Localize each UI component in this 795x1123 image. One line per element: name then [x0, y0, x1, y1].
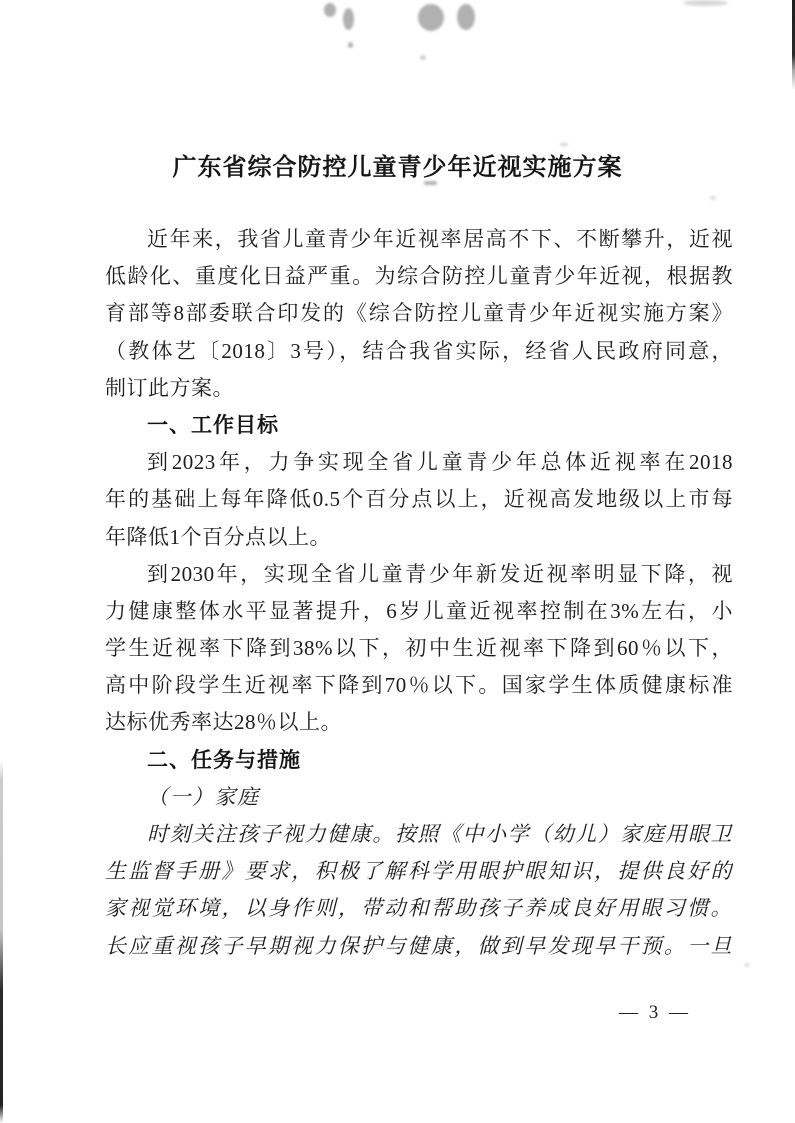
text-line: 生监督手册》要求，积极了解科学用眼护眼知识，提供良好的居 — [105, 853, 733, 890]
section-heading-line: 一、工作目标 — [105, 407, 733, 444]
page-number: — 3 — — [619, 1002, 691, 1024]
text-line: 家视觉环境，以身作则，带动和帮助孩子养成良好用眼习惯。家 — [105, 890, 733, 927]
text-line: 学生近视率下降到38%以下，初中生近视率下降到60％以下， — [105, 630, 733, 667]
scan-artifact — [560, 143, 568, 146]
scan-artifact — [744, 963, 750, 967]
scan-artifact — [710, 196, 716, 200]
text-line: 制订此方案。 — [105, 370, 733, 407]
page-edge-shadow-left — [0, 760, 3, 1123]
text-line: 达标优秀率达28％以上。 — [105, 704, 733, 741]
scan-artifact — [418, 4, 444, 31]
document-body: 近年来，我省儿童青少年近视率居高不下、不断攀升，近视低龄化、重度化日益严重。为综… — [105, 221, 733, 965]
document-title: 广东省综合防控儿童青少年近视实施方案 — [0, 147, 795, 182]
text-line: 时刻关注孩子视力健康。按照《中小学（幼儿）家庭用眼卫 — [105, 816, 733, 853]
text-line: （一）家庭 — [105, 779, 733, 816]
scan-artifact — [420, 55, 426, 60]
scan-artifact — [324, 3, 336, 17]
section-heading-line: 二、任务与措施 — [105, 742, 733, 779]
text-line: 到2030年，实现全省儿童青少年新发近视率明显下降，视 — [105, 556, 733, 593]
text-line: 到2023年，力争实现全省儿童青少年总体近视率在2018 — [105, 444, 733, 481]
text-line: 年的基础上每年降低0.5个百分点以上，近视高发地级以上市每 — [105, 481, 733, 518]
scan-artifact — [683, 0, 728, 6]
text-line: （教体艺〔2018〕3号），结合我省实际，经省人民政府同意， — [105, 333, 733, 370]
text-line: 长应重视孩子早期视力保护与健康，做到早发现早干预。一旦发 — [105, 928, 733, 965]
text-line: 年降低1个百分点以上。 — [105, 519, 733, 556]
text-line: 育部等8部委联合印发的《综合防控儿童青少年近视实施方案》 — [105, 295, 733, 332]
text-line: 近年来，我省儿童青少年近视率居高不下、不断攀升，近视 — [105, 221, 733, 258]
scan-artifact — [457, 4, 475, 30]
text-line: 力健康整体水平显著提升，6岁儿童近视率控制在3%左右，小 — [105, 593, 733, 630]
scan-artifact — [343, 8, 354, 30]
text-line: 低龄化、重度化日益严重。为综合防控儿童青少年近视，根据教 — [105, 258, 733, 295]
text-line: 高中阶段学生近视率下降到70％以下。国家学生体质健康标准 — [105, 667, 733, 704]
scan-artifact — [348, 42, 353, 48]
scanned-document-page: 广东省综合防控儿童青少年近视实施方案 近年来，我省儿童青少年近视率居高不下、不断… — [0, 0, 795, 1123]
